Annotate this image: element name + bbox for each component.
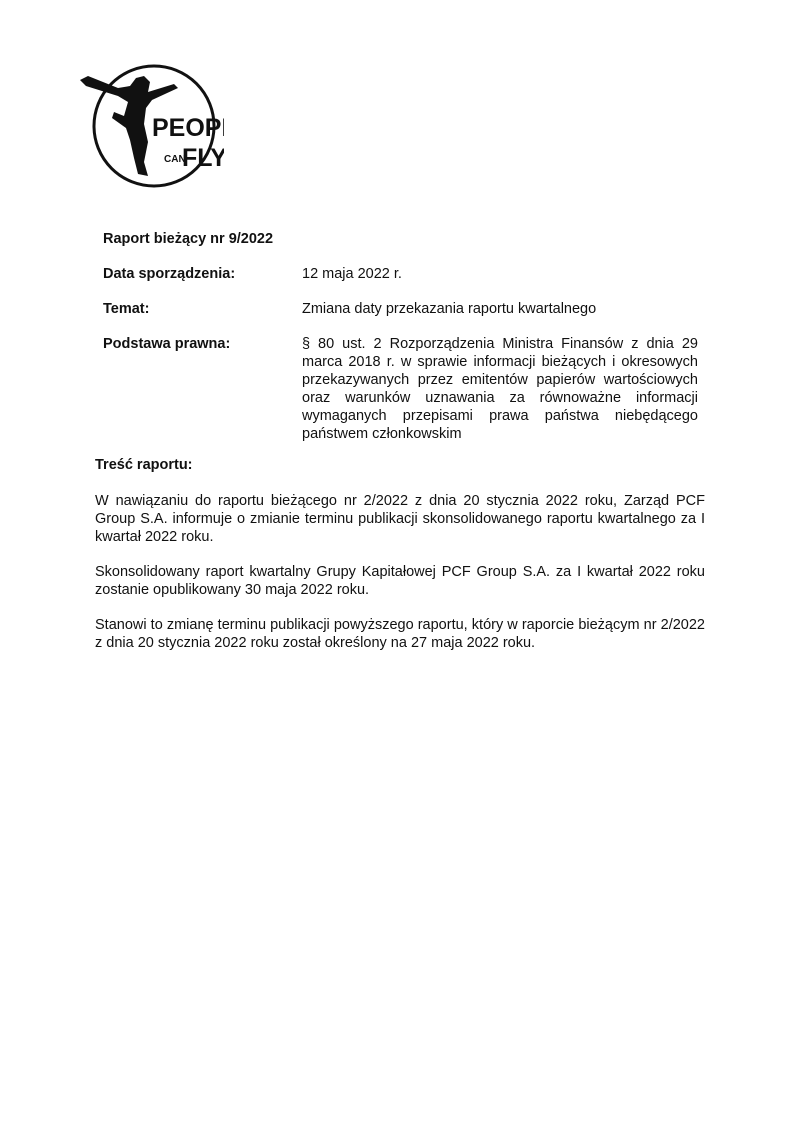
field-legal-basis: Podstawa prawna: § 80 ust. 2 Rozporządze… — [103, 335, 698, 443]
field-label: Temat: — [103, 300, 302, 318]
field-date: Data sporządzenia: 12 maja 2022 r. — [103, 265, 698, 283]
field-label: Data sporządzenia: — [103, 265, 302, 283]
svg-text:PEOPLE: PEOPLE — [152, 114, 224, 142]
people-can-fly-logo: PEOPLE CAN FLY — [78, 62, 224, 190]
field-label: Podstawa prawna: — [103, 335, 302, 443]
svg-text:FLY: FLY — [182, 144, 224, 172]
field-value: § 80 ust. 2 Rozporządzenia Ministra Fina… — [302, 335, 698, 443]
content-heading: Treść raportu: — [95, 456, 705, 474]
report-content: Treść raportu: W nawiązaniu do raportu b… — [95, 456, 705, 669]
report-title: Raport bieżący nr 9/2022 — [103, 230, 698, 248]
logo-icon: PEOPLE CAN FLY — [78, 62, 224, 190]
paragraph: Stanowi to zmianę terminu publikacji pow… — [95, 616, 705, 652]
paragraph: Skonsolidowany raport kwartalny Grupy Ka… — [95, 563, 705, 599]
field-value: Zmiana daty przekazania raportu kwartaln… — [302, 300, 698, 318]
report-metadata: Raport bieżący nr 9/2022 Data sporządzen… — [103, 230, 698, 460]
field-subject: Temat: Zmiana daty przekazania raportu k… — [103, 300, 698, 318]
paragraph: W nawiązaniu do raportu bieżącego nr 2/2… — [95, 492, 705, 546]
field-value: 12 maja 2022 r. — [302, 265, 698, 283]
